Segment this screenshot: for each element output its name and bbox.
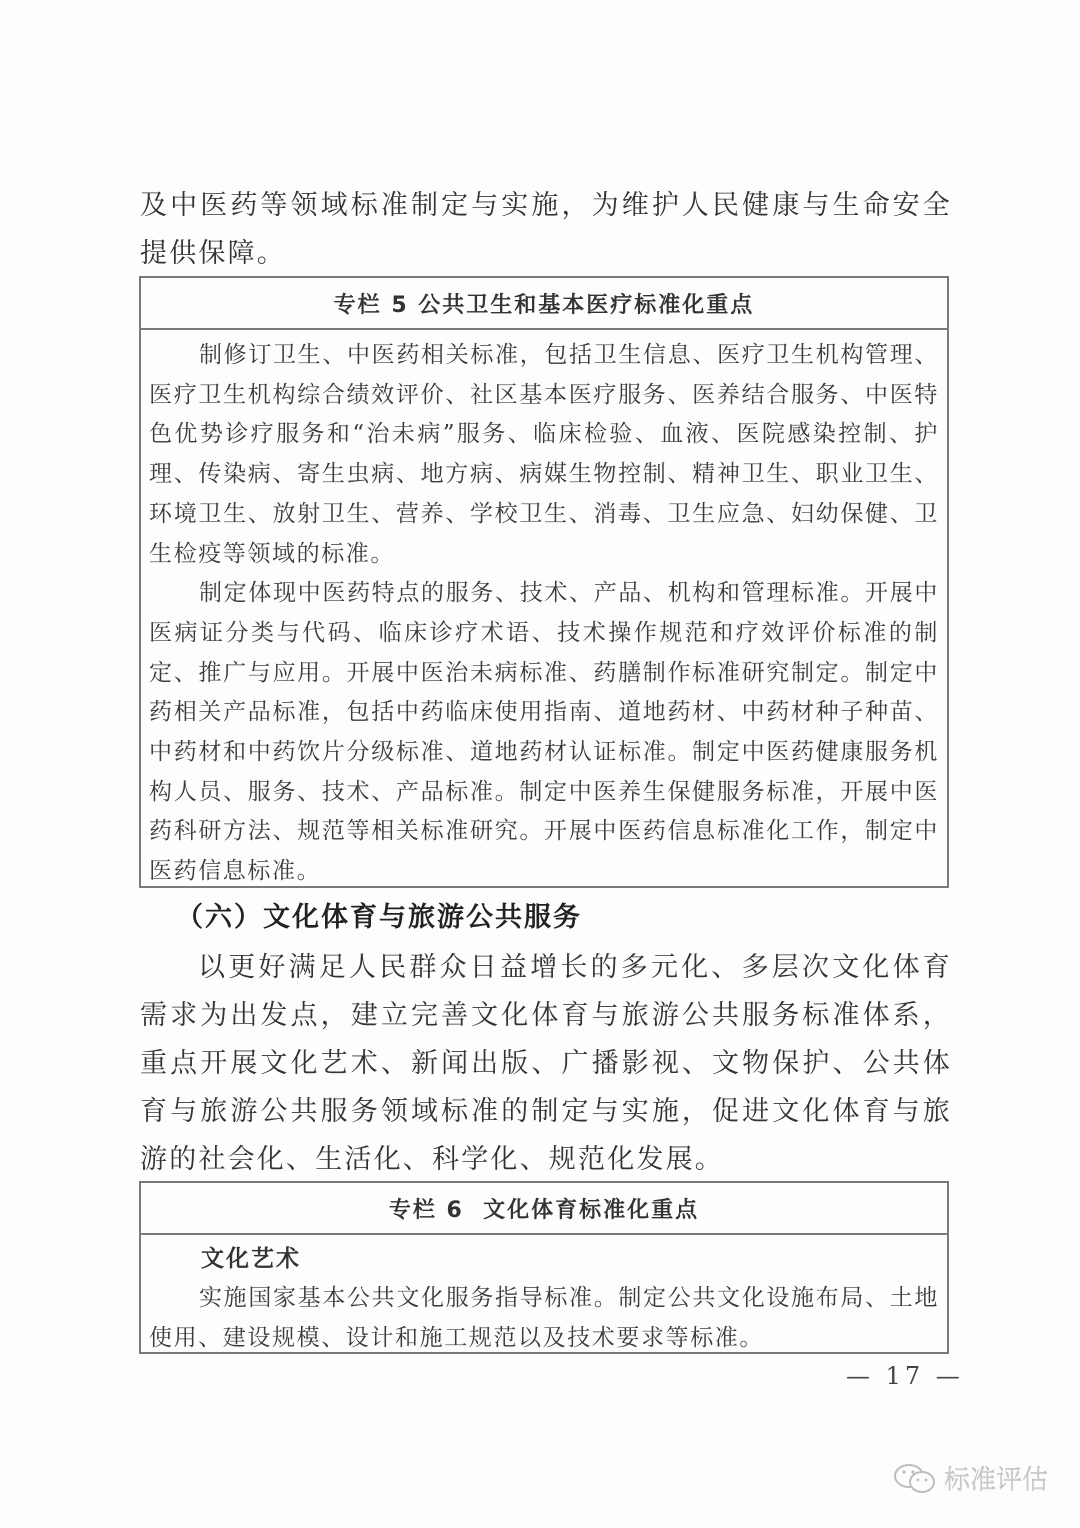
box-column-5: 专栏 5 公共卫生和基本医疗标准化重点 制修订卫生、中医药相关标准，包括卫生信息… <box>139 276 949 888</box>
box-6-subheading: 文化艺术 <box>149 1239 939 1279</box>
box-5-paragraph-1: 制修订卫生、中医药相关标准，包括卫生信息、医疗卫生机构管理、医疗卫生机构综合绩效… <box>149 336 939 574</box>
box-5-paragraph-2: 制定体现中医药特点的服务、技术、产品、机构和管理标准。开展中医病证分类与代码、临… <box>149 574 939 892</box>
page-number: — 17 — <box>846 1362 964 1390</box>
watermark-text: 标准评估 <box>944 1460 1048 1497</box>
wechat-icon <box>892 1462 938 1496</box>
watermark: 标准评估 <box>892 1460 1048 1497</box>
section-6-heading: （六）文化体育与旅游公共服务 <box>176 895 582 934</box>
box-5-body: 制修订卫生、中医药相关标准，包括卫生信息、医疗卫生机构管理、医疗卫生机构综合绩效… <box>141 330 947 892</box>
box-6-body: 文化艺术 实施国家基本公共文化服务指导标准。制定公共文化设施布局、土地使用、建设… <box>141 1235 947 1358</box>
section-6-paragraph: 以更好满足人民群众日益增长的多元化、多层次文化体育需求为出发点，建立完善文化体育… <box>140 944 952 1184</box>
box-6-paragraph: 实施国家基本公共文化服务指导标准。制定公共文化设施布局、土地使用、建设规模、设计… <box>149 1279 939 1358</box>
box-column-6: 专栏 6 文化体育标准化重点 文化艺术 实施国家基本公共文化服务指导标准。制定公… <box>139 1181 949 1354</box>
box-6-title: 专栏 6 文化体育标准化重点 <box>141 1183 947 1235</box>
box-5-title: 专栏 5 公共卫生和基本医疗标准化重点 <box>141 278 947 330</box>
intro-paragraph: 及中医药等领域标准制定与实施，为维护人民健康与生命安全提供保障。 <box>140 182 952 278</box>
